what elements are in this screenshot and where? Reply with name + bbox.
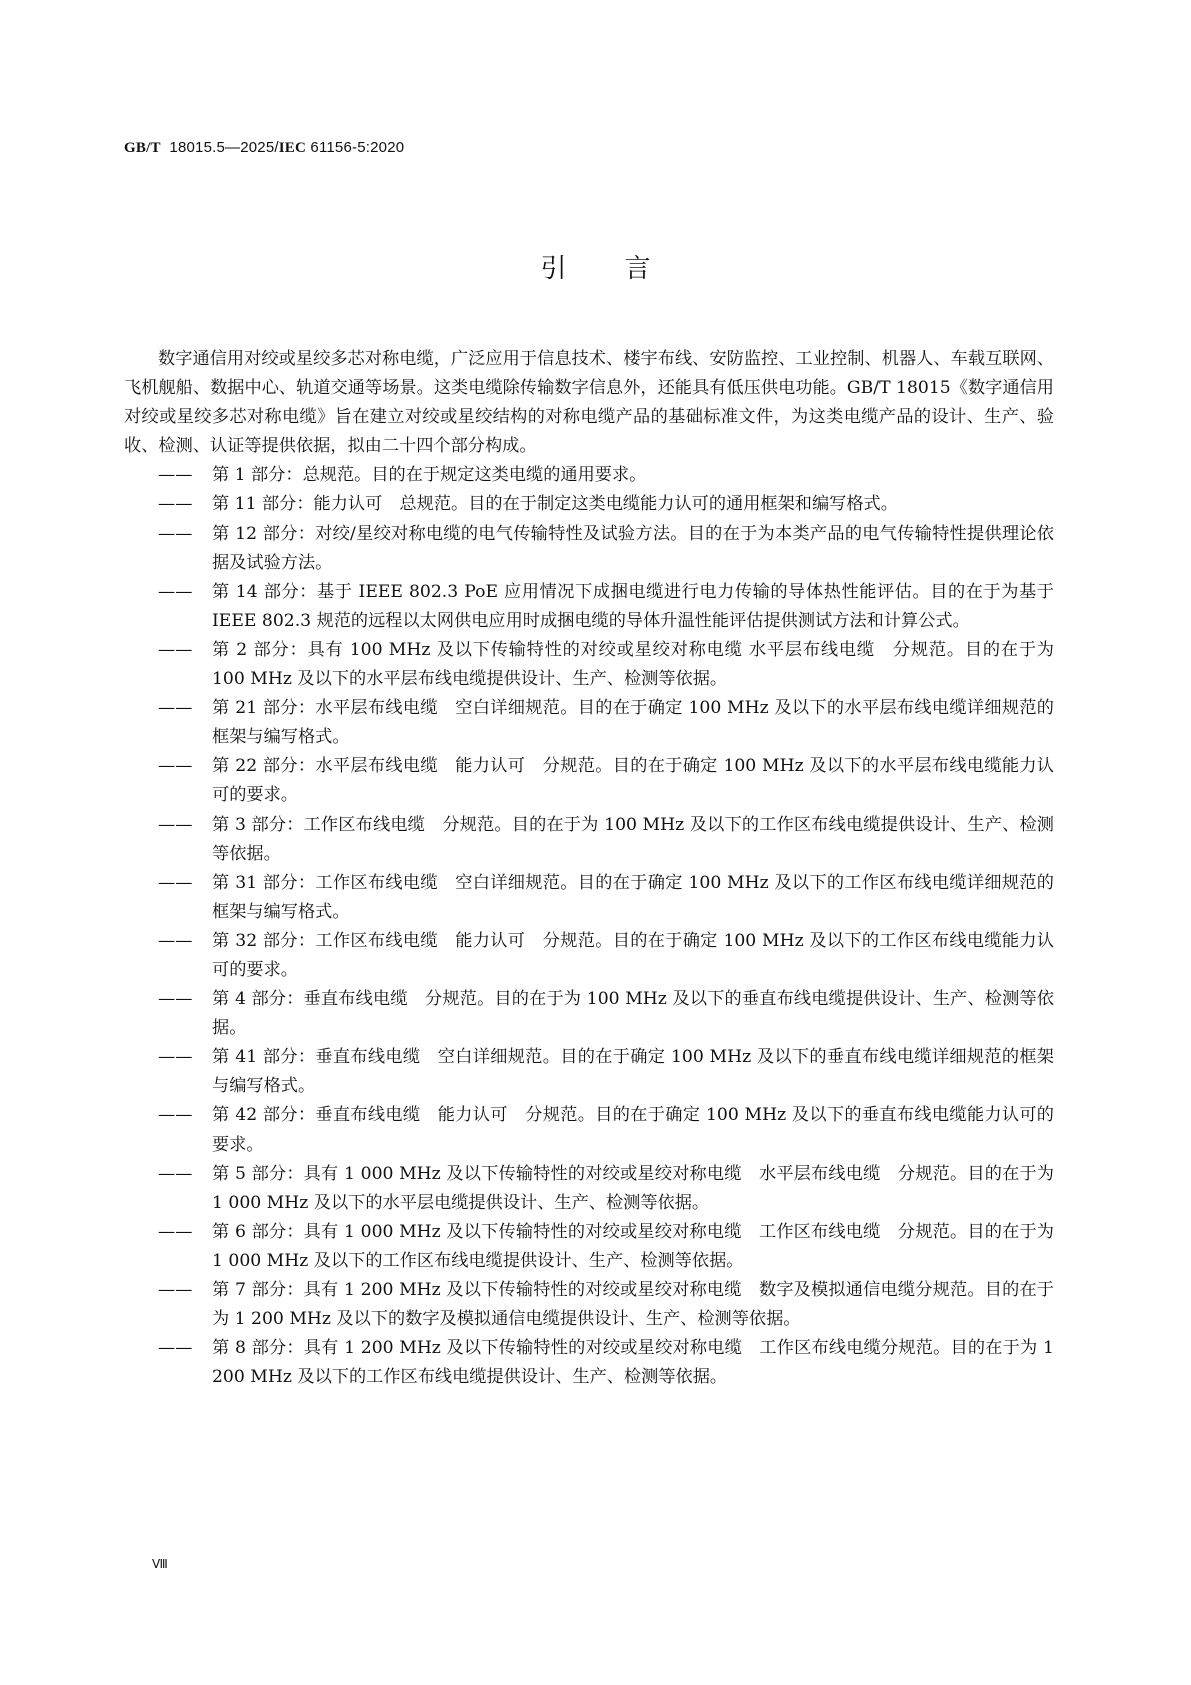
dash-bullet: —— — [158, 490, 210, 519]
document-body: 数字通信用对绞或星绞多芯对称电缆，广泛应用于信息技术、楼宇布线、安防监控、工业控… — [124, 345, 1054, 1392]
dash-bullet: —— — [158, 1043, 210, 1072]
list-item: ——第 4 部分：垂直布线电缆 分规范。目的在于为 100 MHz 及以下的垂直… — [124, 985, 1054, 1043]
dash-bullet: —— — [158, 1334, 210, 1363]
section-title: 引言 — [0, 248, 1191, 285]
parts-list: ——第 1 部分：总规范。目的在于规定这类电缆的通用要求。 ——第 11 部分：… — [124, 461, 1054, 1392]
dash-bullet: —— — [158, 578, 210, 607]
list-item: ——第 31 部分：工作区布线电缆 空白详细规范。目的在于确定 100 MHz … — [124, 869, 1054, 927]
list-item: ——第 3 部分：工作区布线电缆 分规范。目的在于为 100 MHz 及以下的工… — [124, 811, 1054, 869]
dash-bullet: —— — [158, 752, 210, 781]
list-item: ——第 14 部分：基于 IEEE 802.3 PoE 应用情况下成捆电缆进行电… — [124, 578, 1054, 636]
list-item: ——第 42 部分：垂直布线电缆 能力认可 分规范。目的在于确定 100 MHz… — [124, 1101, 1054, 1159]
dash-bullet: —— — [158, 694, 210, 723]
dash-bullet: —— — [158, 636, 210, 665]
iec-prefix: IEC — [279, 140, 306, 156]
list-item: ——第 22 部分：水平层布线电缆 能力认可 分规范。目的在于确定 100 MH… — [124, 752, 1054, 810]
standard-number: 18015.5—2025/ — [169, 139, 278, 156]
list-item: ——第 41 部分：垂直布线电缆 空白详细规范。目的在于确定 100 MHz 及… — [124, 1043, 1054, 1101]
iec-number: 61156-5:2020 — [310, 139, 404, 156]
dash-bullet: —— — [158, 985, 210, 1014]
dash-bullet: —— — [158, 461, 210, 490]
list-item: ——第 21 部分：水平层布线电缆 空白详细规范。目的在于确定 100 MHz … — [124, 694, 1054, 752]
list-item: ——第 32 部分：工作区布线电缆 能力认可 分规范。目的在于确定 100 MH… — [124, 927, 1054, 985]
list-item: ——第 7 部分：具有 1 200 MHz 及以下传输特性的对绞或星绞对称电缆 … — [124, 1276, 1054, 1334]
dash-bullet: —— — [158, 1160, 210, 1189]
dash-bullet: —— — [158, 927, 210, 956]
dash-bullet: —— — [158, 811, 210, 840]
list-item: ——第 6 部分：具有 1 000 MHz 及以下传输特性的对绞或星绞对称电缆 … — [124, 1218, 1054, 1276]
list-item: ——第 8 部分：具有 1 200 MHz 及以下传输特性的对绞或星绞对称电缆 … — [124, 1334, 1054, 1392]
list-item: ——第 12 部分：对绞/星绞对称电缆的电气传输特性及试验方法。目的在于为本类产… — [124, 520, 1054, 578]
document-header: GB/T 18015.5—2025/IEC 61156-5:2020 — [124, 139, 404, 157]
dash-bullet: —— — [158, 1218, 210, 1247]
list-item: ——第 2 部分：具有 100 MHz 及以下传输特性的对绞或星绞对称电缆 水平… — [124, 636, 1054, 694]
dash-bullet: —— — [158, 520, 210, 549]
dash-bullet: —— — [158, 869, 210, 898]
intro-paragraph: 数字通信用对绞或星绞多芯对称电缆，广泛应用于信息技术、楼宇布线、安防监控、工业控… — [124, 345, 1054, 461]
list-item: ——第 11 部分：能力认可 总规范。目的在于制定这类电缆能力认可的通用框架和编… — [124, 490, 1054, 519]
dash-bullet: —— — [158, 1101, 210, 1130]
page-number: Ⅷ — [152, 1557, 167, 1572]
list-item: ——第 5 部分：具有 1 000 MHz 及以下传输特性的对绞或星绞对称电缆 … — [124, 1160, 1054, 1218]
list-item: ——第 1 部分：总规范。目的在于规定这类电缆的通用要求。 — [124, 461, 1054, 490]
standard-prefix: GB/T — [124, 140, 161, 156]
dash-bullet: —— — [158, 1276, 210, 1305]
